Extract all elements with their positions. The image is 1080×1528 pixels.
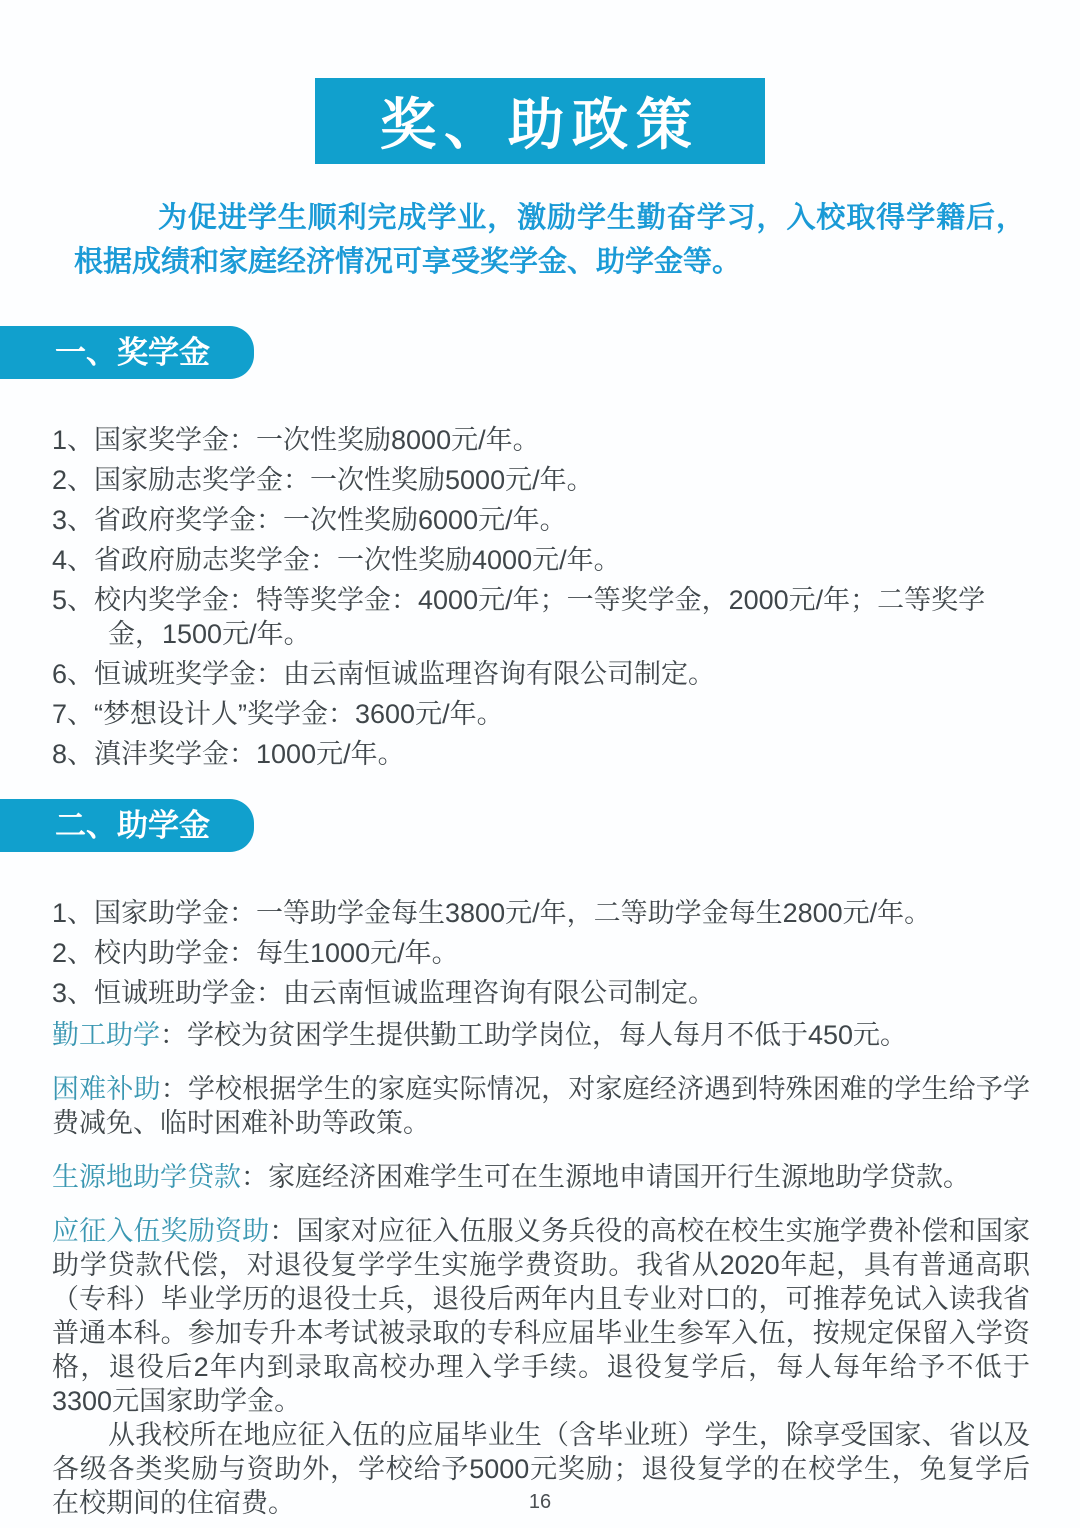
origin-loan-text: ：家庭经济困难学生可在生源地申请国开行生源地助学贷款。 xyxy=(241,1162,970,1192)
list-item: 4、省政府励志奖学金：一次性奖励4000元/年。 xyxy=(52,543,1030,577)
list-item: 1、国家奖学金：一次性奖励8000元/年。 xyxy=(52,423,1030,457)
section-badge-scholarship: 一、奖学金 xyxy=(0,326,254,379)
list-item: 6、恒诚班奖学金：由云南恒诚监理咨询有限公司制定。 xyxy=(52,657,1030,691)
list-item: 2、校内助学金：每生1000元/年。 xyxy=(52,936,1030,970)
work-study-label: 勤工助学 xyxy=(52,1020,160,1050)
section-badge-grant: 二、助学金 xyxy=(0,799,254,852)
list-item: 7、“梦想设计人”奖学金：3600元/年。 xyxy=(52,697,1030,731)
hardship-subsidy-text: ：学校根据学生的家庭实际情况，对家庭经济遇到特殊困难的学生给予学费减免、临时困难… xyxy=(52,1074,1030,1138)
work-study-text: ：学校为贫困学生提供勤工助学岗位，每人每月不低于450元。 xyxy=(160,1020,907,1050)
page-title: 奖、助政策 xyxy=(380,81,700,161)
origin-loan-paragraph: 生源地助学贷款：家庭经济困难学生可在生源地申请国开行生源地助学贷款。 xyxy=(52,1160,1030,1194)
list-item: 8、滇沣奖学金：1000元/年。 xyxy=(52,737,1030,771)
list-item: 5、校内奖学金：特等奖学金：4000元/年；一等奖学金，2000元/年；二等奖学… xyxy=(52,583,1030,651)
grant-list: 1、国家助学金：一等助学金每生3800元/年，二等助学金每生2800元/年。 2… xyxy=(52,896,1030,1010)
enlistment-aid-label: 应征入伍奖励资助 xyxy=(52,1216,269,1246)
document-page: 奖、助政策 为促进学生顺利完成学业，激励学生勤奋学习，入校取得学籍后，根据成绩和… xyxy=(0,0,1080,1528)
page-title-banner: 奖、助政策 xyxy=(315,78,765,164)
list-item: 2、国家励志奖学金：一次性奖励5000元/年。 xyxy=(52,463,1030,497)
origin-loan-label: 生源地助学贷款 xyxy=(52,1162,241,1192)
list-item: 3、恒诚班助学金：由云南恒诚监理咨询有限公司制定。 xyxy=(52,976,1030,1010)
hardship-subsidy-paragraph: 困难补助：学校根据学生的家庭实际情况，对家庭经济遇到特殊困难的学生给予学费减免、… xyxy=(52,1072,1030,1140)
hardship-subsidy-label: 困难补助 xyxy=(52,1074,161,1104)
work-study-paragraph: 勤工助学：学校为贫困学生提供勤工助学岗位，每人每月不低于450元。 xyxy=(52,1018,1030,1052)
scholarship-list: 1、国家奖学金：一次性奖励8000元/年。 2、国家励志奖学金：一次性奖励500… xyxy=(52,423,1030,771)
enlistment-aid-paragraph: 应征入伍奖励资助：国家对应征入伍服义务兵役的高校在校生实施学费补偿和国家助学贷款… xyxy=(52,1214,1030,1418)
list-item: 3、省政府奖学金：一次性奖励6000元/年。 xyxy=(52,503,1030,537)
enlistment-aid-text: ：国家对应征入伍服义务兵役的高校在校生实施学费补偿和国家助学贷款代偿，对退役复学… xyxy=(52,1216,1030,1416)
page-number: 16 xyxy=(0,1491,1080,1514)
list-item: 1、国家助学金：一等助学金每生3800元/年，二等助学金每生2800元/年。 xyxy=(52,896,1030,930)
intro-paragraph: 为促进学生顺利完成学业，激励学生勤奋学习，入校取得学籍后，根据成绩和家庭经济情况… xyxy=(74,196,1025,284)
